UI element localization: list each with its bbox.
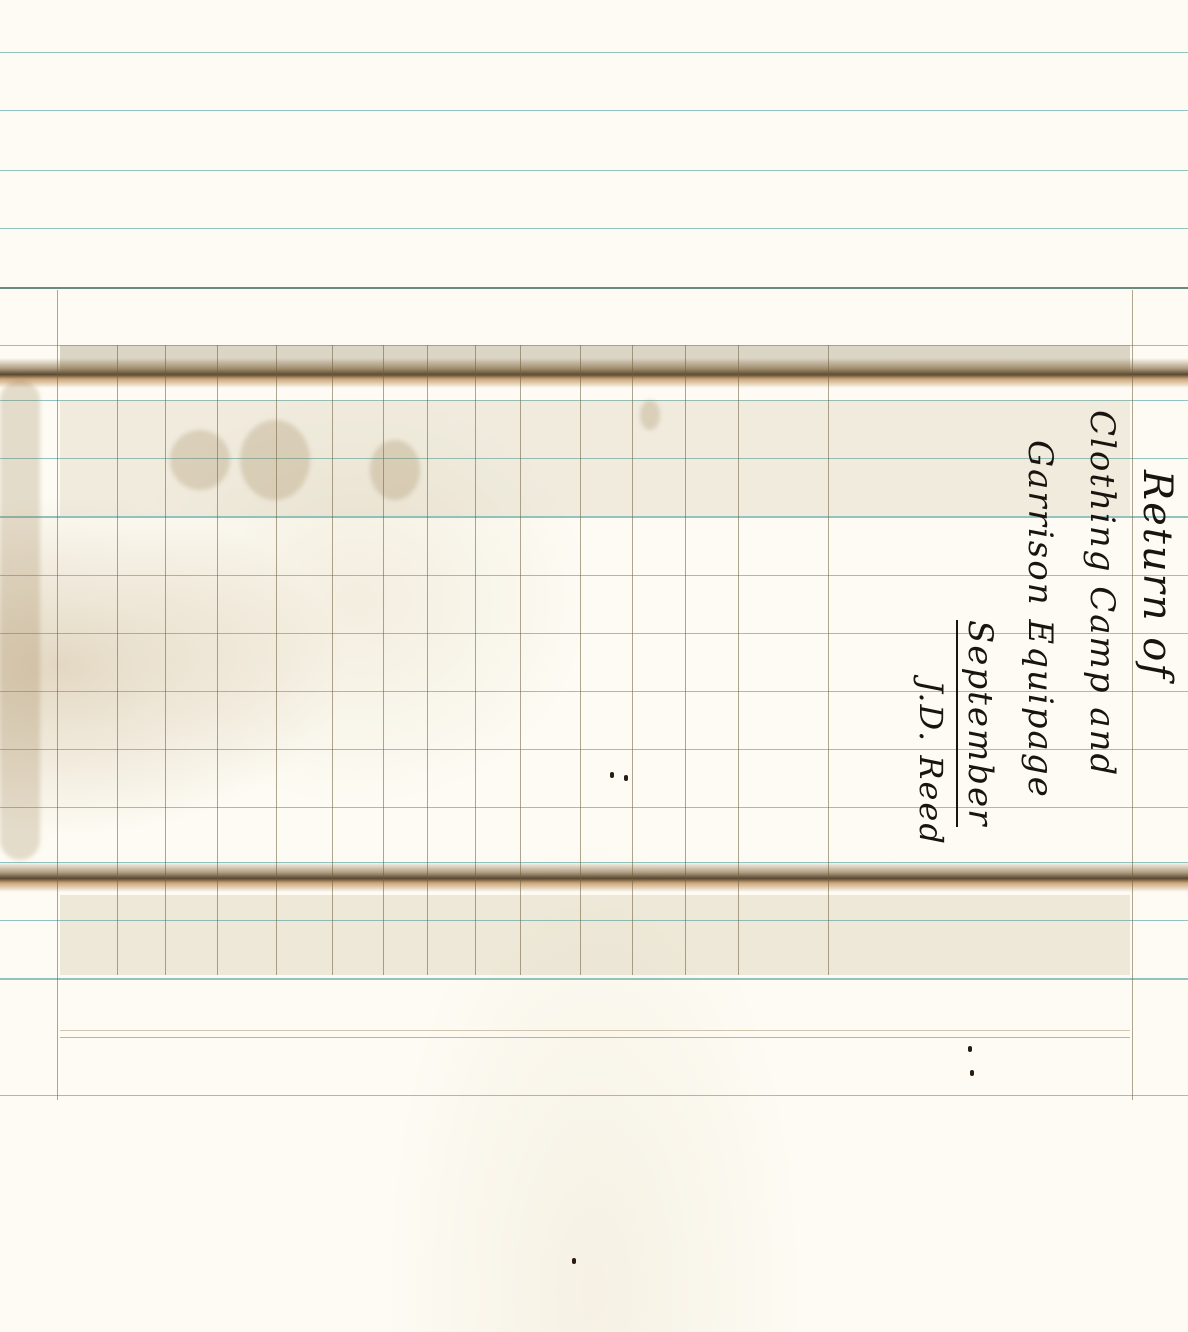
rule-line xyxy=(0,228,1188,229)
header-band xyxy=(60,345,1130,375)
stain xyxy=(640,400,660,430)
column-line xyxy=(475,345,476,975)
stain xyxy=(170,430,230,490)
column-line xyxy=(165,345,166,975)
document-page: Return of Clothing Camp and Garrison Equ… xyxy=(0,0,1188,1332)
column-line xyxy=(685,345,686,975)
rule-line xyxy=(0,575,1188,576)
rule-line xyxy=(0,1095,1188,1096)
rule-line xyxy=(60,1037,1130,1038)
rule-line xyxy=(0,978,1188,980)
rule-line xyxy=(0,287,1188,289)
rule-line xyxy=(0,52,1188,53)
rule-line xyxy=(60,1030,1130,1031)
stain xyxy=(370,440,420,500)
rule-line xyxy=(0,633,1188,634)
rule-line xyxy=(0,807,1188,808)
endorsement-line-month: September xyxy=(956,620,1000,827)
column-line xyxy=(632,345,633,975)
rule-line xyxy=(0,691,1188,692)
stain xyxy=(0,380,40,860)
column-line xyxy=(332,345,333,975)
column-line xyxy=(738,345,739,975)
totals-band xyxy=(60,895,1130,975)
column-line xyxy=(427,345,428,975)
ink-speck xyxy=(970,1070,974,1076)
endorsement-line-return-of: Return of xyxy=(1134,470,1180,680)
column-line xyxy=(828,345,829,975)
endorsement-line-garrison: Garrison Equipage xyxy=(1020,440,1060,799)
column-line xyxy=(117,345,118,975)
rule-line xyxy=(0,749,1188,750)
fold-crease xyxy=(0,862,1188,892)
rule-line xyxy=(0,516,1188,518)
endorsement-line-clothing: Clothing Camp and xyxy=(1082,410,1122,777)
column-line xyxy=(520,345,521,975)
column-line xyxy=(57,290,58,1100)
rule-line xyxy=(0,170,1188,171)
column-line xyxy=(580,345,581,975)
column-line xyxy=(383,345,384,975)
ink-speck xyxy=(610,772,614,778)
ink-speck xyxy=(572,1258,576,1264)
rule-line xyxy=(0,920,1188,921)
stain xyxy=(240,420,310,500)
ink-speck xyxy=(624,775,628,781)
rule-line xyxy=(0,110,1188,111)
endorsement-signature: J.D. Reed xyxy=(912,680,950,846)
column-line xyxy=(1132,290,1133,1100)
ink-speck xyxy=(968,1046,972,1052)
